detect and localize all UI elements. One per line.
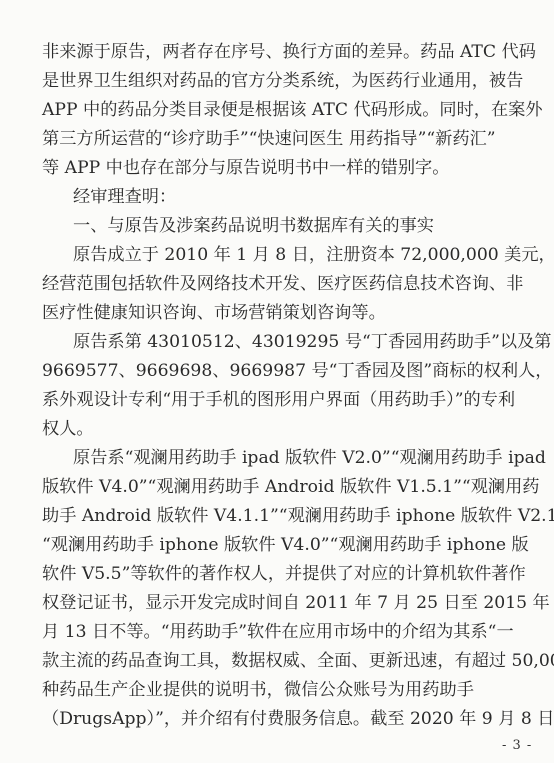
- text-line: 经审理查明：: [73, 186, 474, 208]
- text-line: 种药品生产企业提供的说明书，微信公众账号为用药助手: [42, 679, 474, 701]
- text-line: 是世界卫生组织对药品的官方分类系统，为医药行业通用，被告: [42, 70, 474, 92]
- text-line: “观澜用药助手 iphone 版软件 V4.0”“观澜用药助手 iphone 版: [42, 534, 474, 556]
- text-line: 等 APP 中也存在部分与原告说明书中一样的错别字。: [42, 157, 474, 179]
- text-line: 9669577、9669698、9669987 号“丁香园及图”商标的权利人，: [42, 360, 474, 382]
- text-line: 非来源于原告，两者存在序号、换行方面的差异。药品 ATC 代码: [42, 41, 474, 63]
- text-line: APP 中的药品分类目录便是根据该 ATC 代码形成。同时，在案外: [42, 99, 474, 121]
- text-line: 月 13 日不等。“用药助手”软件在应用市场中的介绍为其系“一: [42, 621, 474, 643]
- text-line: 原告系“观澜用药助手 ipad 版软件 V2.0”“观澜用药助手 ipad: [73, 447, 474, 469]
- text-line: （DrugsApp）”，并介绍有付费服务信息。截至 2020 年 9 月 8 日…: [42, 708, 474, 730]
- text-line: 款主流的药品查询工具，数据权威、全面、更新迅速，有超过 50,000: [42, 650, 474, 672]
- page-number: - 3 -: [502, 738, 532, 753]
- text-line: 软件 V5.5”等软件的著作权人，并提供了对应的计算机软件著作: [42, 563, 474, 585]
- text-line: 医疗性健康知识咨询、市场营销策划咨询等。: [42, 302, 474, 324]
- text-line: 原告成立于 2010 年 1 月 8 日，注册资本 72,000,000 美元，: [73, 244, 474, 266]
- text-line: 系外观设计专利“用于手机的图形用户界面（用药助手）”的专利: [42, 389, 474, 411]
- text-line: 助手 Android 版软件 V4.1.1”“观澜用药助手 iphone 版软件…: [42, 505, 474, 527]
- document-page: 非来源于原告，两者存在序号、换行方面的差异。药品 ATC 代码是世界卫生组织对药…: [0, 0, 554, 763]
- text-line: 一、与原告及涉案药品说明书数据库有关的事实: [73, 215, 474, 237]
- text-line: 第三方所运营的“诊疗助手”“快速问医生 用药指导”“新药汇”: [42, 128, 474, 150]
- text-line: 权人。: [42, 418, 474, 440]
- text-line: 版软件 V4.0”“观澜用药助手 Android 版软件 V1.5.1”“观澜用…: [42, 476, 474, 498]
- text-line: 权登记证书，显示开发完成时间自 2011 年 7 月 25 日至 2015 年 …: [42, 592, 474, 614]
- text-line: 原告系第 43010512、43019295 号“丁香园用药助手”以及第: [73, 331, 474, 353]
- text-line: 经营范围包括软件及网络技术开发、医疗医药信息技术咨询、非: [42, 273, 474, 295]
